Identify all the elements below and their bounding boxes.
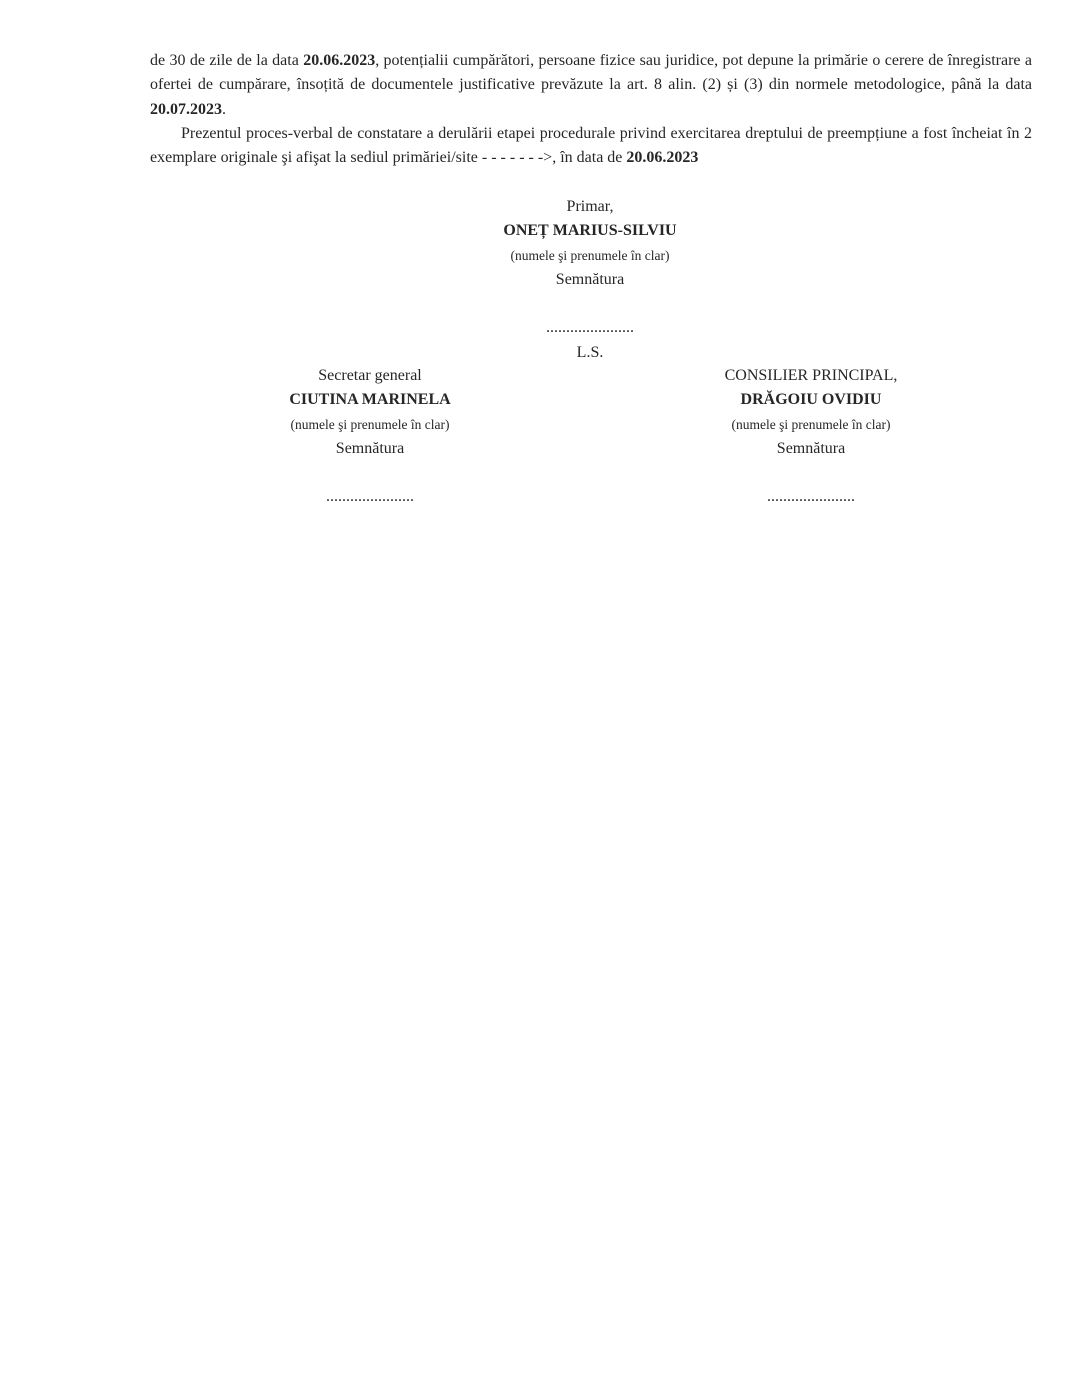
counselor-role: CONSILIER PRINCIPAL,	[725, 364, 898, 388]
document-page: de 30 de zile de la data 20.06.2023, pot…	[150, 49, 1032, 170]
mayor-name-hint: (numele şi prenumele în clar)	[503, 244, 676, 268]
paragraph-text: de 30 de zile de la data	[150, 52, 303, 69]
mayor-signature-label: Semnătura	[503, 268, 676, 292]
secretary-signature-line: ......................	[289, 485, 450, 509]
paragraph-text: .	[222, 101, 226, 118]
signature-block-mayor: Primar, ONEȚ MARIUS-SILVIU (numele şi pr…	[503, 195, 676, 365]
secretary-signature-label: Semnătura	[289, 437, 450, 461]
secretary-role: Secretar general	[289, 364, 450, 388]
counselor-name-hint: (numele şi prenumele în clar)	[725, 413, 898, 437]
mayor-role: Primar,	[503, 195, 676, 219]
secretary-name-hint: (numele şi prenumele în clar)	[289, 413, 450, 437]
counselor-signature-line: ......................	[725, 485, 898, 509]
counselor-signature-label: Semnătura	[725, 437, 898, 461]
signature-block-secretary: Secretar general CIUTINA MARINELA (numel…	[289, 364, 450, 510]
secretary-name: CIUTINA MARINELA	[289, 388, 450, 412]
paragraph-offer-deadline: de 30 de zile de la data 20.06.2023, pot…	[150, 49, 1032, 122]
date-value: 20.06.2023	[303, 52, 375, 69]
stamp-label: L.S.	[503, 341, 676, 365]
paragraph-text: Prezentul proces-verbal de constatare a …	[150, 125, 1032, 166]
paragraph-minutes-statement: Prezentul proces-verbal de constatare a …	[150, 122, 1032, 171]
mayor-signature-line: ......................	[503, 316, 676, 340]
date-value: 20.07.2023	[150, 101, 222, 118]
mayor-name: ONEȚ MARIUS-SILVIU	[503, 219, 676, 243]
date-value: 20.06.2023	[626, 149, 698, 166]
counselor-name: DRĂGOIU OVIDIU	[725, 388, 898, 412]
signature-block-counselor: CONSILIER PRINCIPAL, DRĂGOIU OVIDIU (num…	[725, 364, 898, 510]
